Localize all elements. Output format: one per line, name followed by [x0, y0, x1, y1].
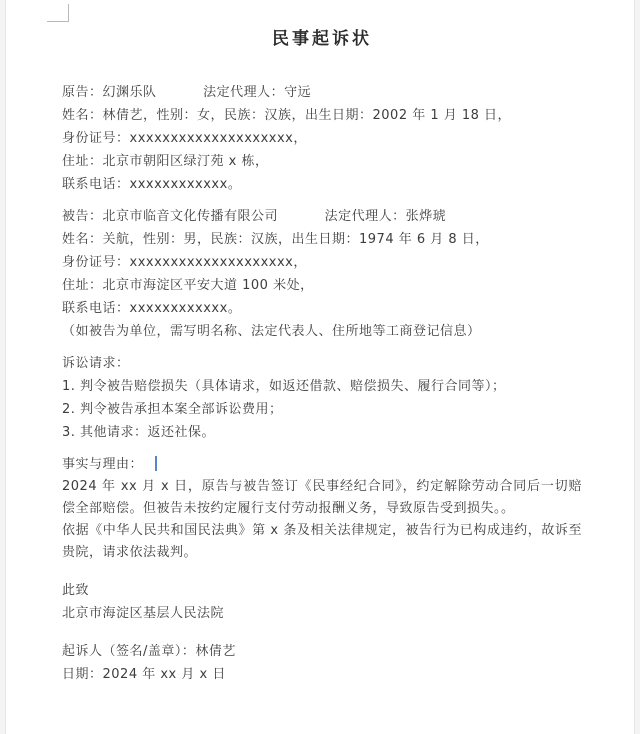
defendant-id-line: 身份证号：xxxxxxxxxxxxxxxxxxxx， [62, 251, 582, 274]
defendant-label: 被告：北京市临音文化传播有限公司 [62, 209, 278, 224]
facts-heading-line: 事实与理由： [62, 453, 582, 476]
document-page[interactable]: 民事起诉状 原告：幻渊乐队 法定代理人：守远 姓名：林倩艺，性别：女，民族：汉族… [0, 0, 640, 734]
plaintiff-phone-line: 联系电话：xxxxxxxxxxxx。 [62, 173, 582, 196]
document-window: 民事起诉状 原告：幻渊乐队 法定代理人：守远 姓名：林倩艺，性别：女，民族：汉族… [0, 0, 640, 734]
plaintiff-name-line: 姓名：林倩艺，性别：女，民族：汉族，出生日期：2002 年 1 月 18 日， [62, 104, 582, 127]
plaintiff-agent-label: 法定代理人：守远 [203, 85, 311, 100]
claim-item-1: 1. 判令被告赔偿损失（具体请求，如返还借款、赔偿损失、履行合同等）； [62, 375, 582, 398]
text-cursor [155, 456, 157, 471]
date-line: 日期：2024 年 xx 月 x 日 [62, 663, 582, 686]
signature-line: 起诉人（签名/盖章）：林倩艺 [62, 640, 582, 663]
facts-paragraph-2: 依据《中华人民共和国民法典》第 x 条及相关法律规定，被告行为已构成违约，故诉至… [62, 520, 582, 564]
closing-salute: 此致 [62, 579, 582, 602]
facts-paragraph-1: 2024 年 xx 月 x 日，原告与被告签订《民事经纪合同》，约定解除劳动合同… [62, 476, 582, 520]
document-title: 民事起诉状 [62, 24, 582, 49]
defendant-phone-line: 联系电话：xxxxxxxxxxxx。 [62, 297, 582, 320]
defendant-party-line: 被告：北京市临音文化传播有限公司 法定代理人：张烨琥 [62, 205, 582, 228]
claims-heading: 诉讼请求： [62, 352, 582, 375]
defendant-agent-label: 法定代理人：张烨琥 [325, 209, 447, 224]
claim-item-2: 2. 判令被告承担本案全部诉讼费用； [62, 398, 582, 421]
facts-heading: 事实与理由： [62, 457, 143, 472]
defendant-address-line: 住址：北京市海淀区平安大道 100 米处， [62, 274, 582, 297]
plaintiff-id-line: 身份证号：xxxxxxxxxxxxxxxxxxxx， [62, 127, 582, 150]
plaintiff-party-line: 原告：幻渊乐队 法定代理人：守远 [62, 81, 582, 104]
claim-item-3: 3. 其他请求：返还社保。 [62, 421, 582, 444]
plaintiff-address-line: 住址：北京市朝阳区绿汀苑 x 栋， [62, 150, 582, 173]
defendant-note-line: （如被告为单位，需写明名称、法定代表人、住所地等工商登记信息） [62, 320, 582, 343]
plaintiff-label: 原告：幻渊乐队 [62, 85, 157, 100]
closing-court: 北京市海淀区基层人民法院 [62, 602, 582, 625]
defendant-name-line: 姓名：关航，性别：男，民族：汉族，出生日期：1974 年 6 月 8 日， [62, 228, 582, 251]
